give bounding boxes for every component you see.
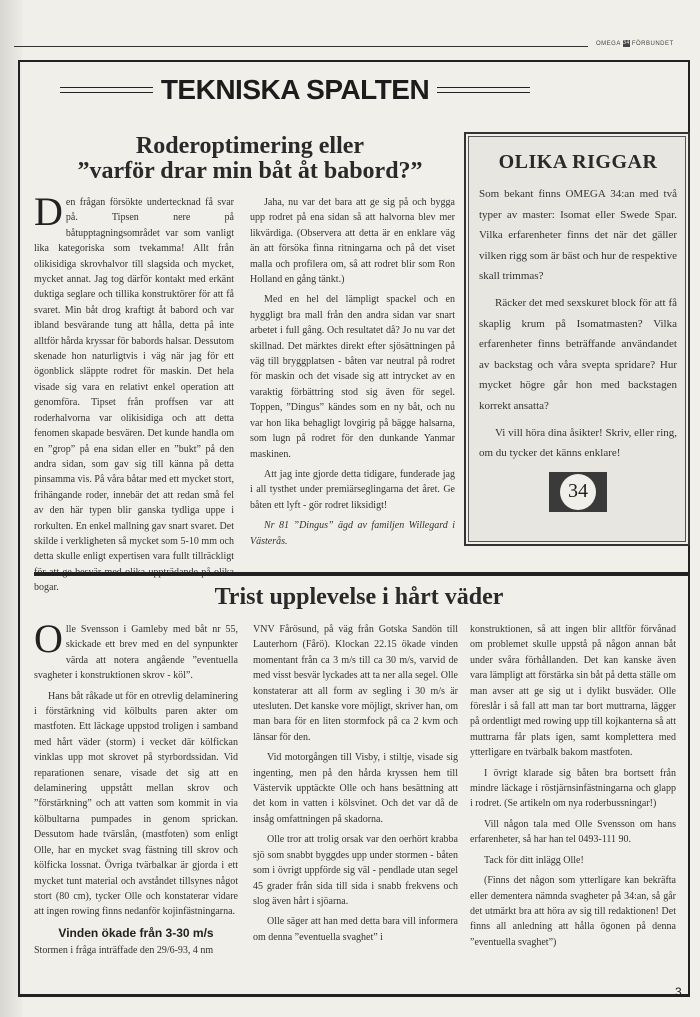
article2-column-2: VNV Fårösund, på väg från Gotska Sandön … xyxy=(253,622,458,950)
drop-cap: D xyxy=(34,197,63,227)
logo-text-left: OMEGA xyxy=(596,41,621,47)
paragraph: (Finns det någon som ytterligare kan bek… xyxy=(470,873,676,950)
paragraph: Vi vill höra dina åsikter! Skriv, eller … xyxy=(479,423,677,464)
paragraph: Olle tror att trolig orsak var den oerhö… xyxy=(253,832,458,909)
paragraph: Räcker det med sexskuret block för att f… xyxy=(479,293,677,417)
paragraph-text: lle Svensson i Gamleby med båt nr 55, sk… xyxy=(34,624,238,681)
paragraph: Tack för ditt inlägg Olle! xyxy=(470,853,676,868)
paragraph: Olle säger att han med detta bara vill i… xyxy=(253,914,458,945)
logo-mark-icon: 34 xyxy=(623,40,630,47)
sidebar-inner: OLIKA RIGGAR Som bekant finns OMEGA 34:a… xyxy=(468,136,686,542)
paragraph-text: en frågan försökte undertecknad få svar … xyxy=(34,197,234,593)
article2-column-1: Olle Svensson i Gamleby med båt nr 55, s… xyxy=(34,622,238,964)
logo-text-right: FÖRBUNDET xyxy=(632,41,674,47)
drop-cap: O xyxy=(34,624,63,654)
subheading: Vinden ökade från 3-30 m/s xyxy=(34,926,238,941)
section-header: TEKNISKA SPALTEN xyxy=(60,74,530,106)
paragraph: Vid motorgången till Visby, i stiltje, v… xyxy=(253,750,458,827)
paragraph: konstruktionen, så att ingen blir alltfö… xyxy=(470,622,676,761)
paragraph: Stormen i fråga inträffade den 29/6-93, … xyxy=(34,943,238,958)
sidebar-body: Som bekant finns OMEGA 34:an med två typ… xyxy=(479,184,677,464)
omega34-badge-icon: 34 xyxy=(549,472,607,512)
page-number: 3 xyxy=(675,985,682,999)
article1-headline: Roderoptimering eller ”varför drar min b… xyxy=(40,134,460,184)
paragraph: Jaha, nu var det bara att ge sig på och … xyxy=(250,195,455,287)
sidebar-box: OLIKA RIGGAR Som bekant finns OMEGA 34:a… xyxy=(464,132,690,546)
header-rule xyxy=(14,46,588,47)
paragraph: Den frågan försökte undertecknad få svar… xyxy=(34,195,234,596)
article1-column-1: Den frågan försökte undertecknad få svar… xyxy=(34,195,234,601)
paragraph: Med en hel del lämpligt spackel och en h… xyxy=(250,292,455,461)
headline-line2: ”varför drar min båt åt babord?” xyxy=(40,159,460,184)
article2-column-3: konstruktionen, så att ingen blir alltfö… xyxy=(470,622,676,955)
double-rule-left xyxy=(60,87,153,93)
section-title: TEKNISKA SPALTEN xyxy=(161,74,429,106)
double-rule-right xyxy=(437,87,530,93)
author-signature: Nr 81 ”Dingus” ägd av familjen Willegard… xyxy=(250,518,455,549)
paragraph: Att jag inte gjorde detta tidigare, fund… xyxy=(250,467,455,513)
masthead-logo: OMEGA 34 FÖRBUNDET xyxy=(596,40,674,47)
paragraph: Hans båt råkade ut för en otrevlig delam… xyxy=(34,689,238,920)
headline-line1: Roderoptimering eller xyxy=(40,134,460,159)
article1-column-2: Jaha, nu var det bara att ge sig på och … xyxy=(250,195,455,554)
paragraph: I övrigt klarade sig båten bra bortsett … xyxy=(470,766,676,812)
paragraph: Vill någon tala med Olle Svensson om han… xyxy=(470,817,676,848)
badge-number: 34 xyxy=(560,474,596,510)
article2-headline: Trist upplevelse i hårt väder xyxy=(34,584,684,611)
article-divider xyxy=(34,572,690,576)
paragraph: Som bekant finns OMEGA 34:an med två typ… xyxy=(479,184,677,287)
paragraph: VNV Fårösund, på väg från Gotska Sandön … xyxy=(253,622,458,745)
sidebar-title: OLIKA RIGGAR xyxy=(479,151,677,174)
paragraph: Olle Svensson i Gamleby med båt nr 55, s… xyxy=(34,622,238,684)
